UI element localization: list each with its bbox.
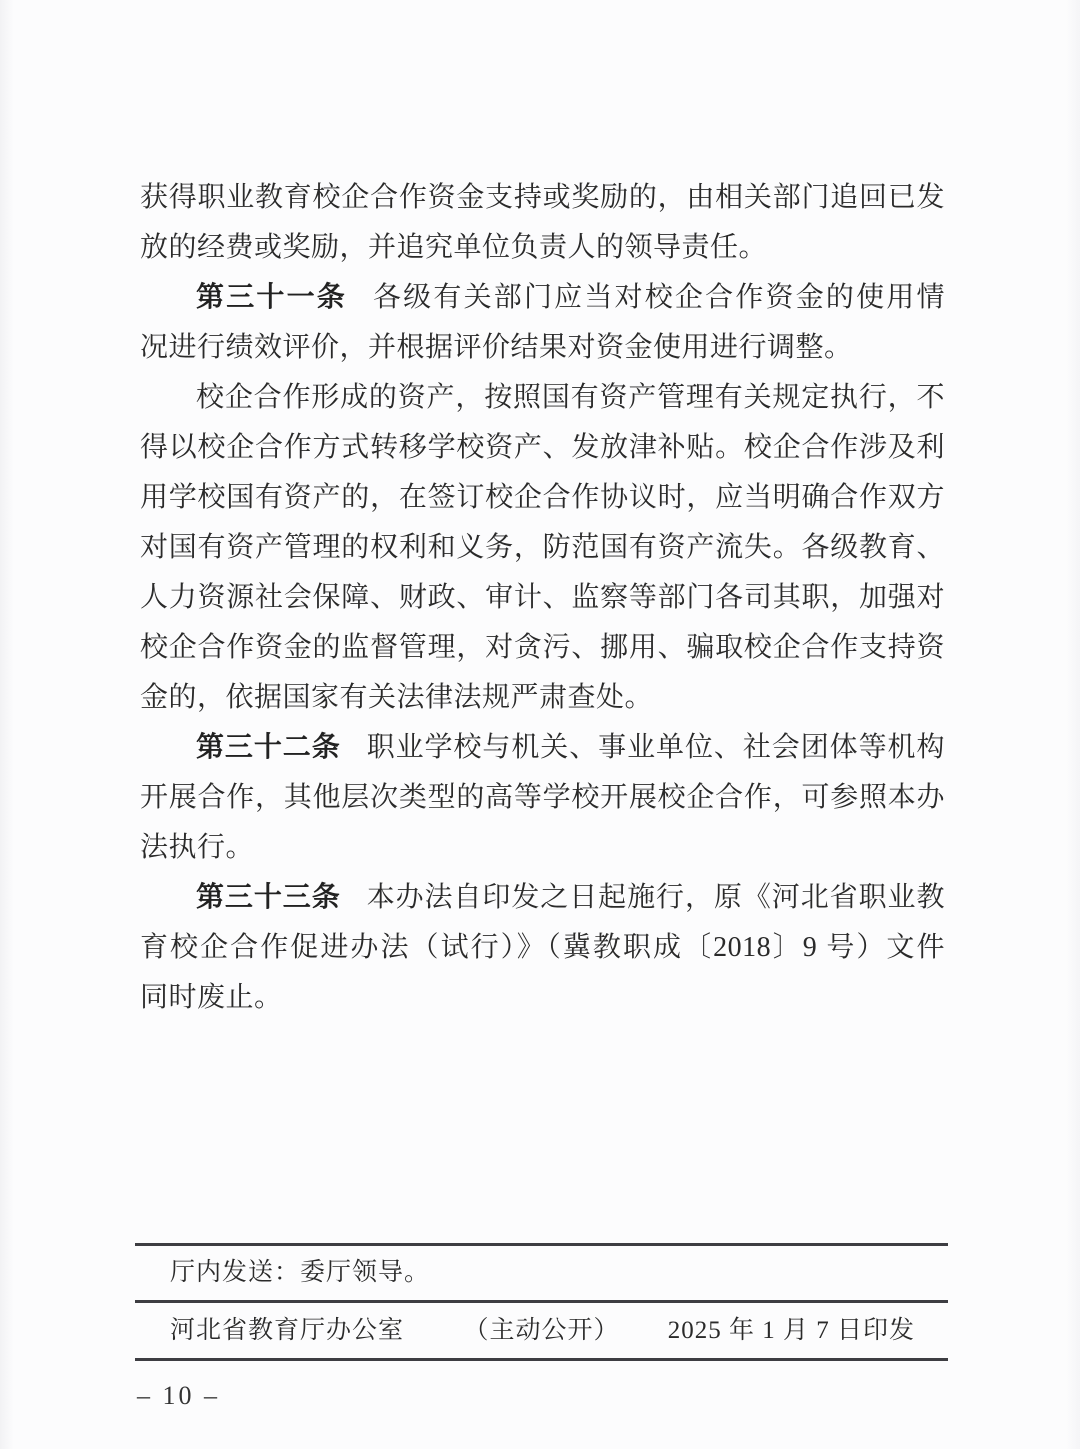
text-line: 用学校国有资产的，在签订校企合作协议时，应当明确合作双方: [140, 473, 945, 523]
text-line: 况进行绩效评价，并根据评价结果对资金使用进行调整。: [140, 323, 945, 373]
paragraph-assets: 校企合作形成的资产，按照国有资产管理有关规定执行，不 得以校企合作方式转移学校资…: [140, 373, 945, 723]
issuing-office: 河北省教育厅办公室: [170, 1303, 404, 1358]
paragraph-article-32: 第三十二条职业学校与机关、事业单位、社会团体等机构 开展合作，其他层次类型的高等…: [140, 723, 945, 873]
paragraph-continued: 获得职业教育校企合作资金支持或奖励的，由相关部门追回已发 放的经费或奖励，并追究…: [140, 173, 945, 273]
text-line: 同时废止。: [140, 973, 945, 1023]
text-line: 第三十三条本办法自印发之日起施行，原《河北省职业教: [140, 873, 945, 923]
article-33-text: 本办法自印发之日起施行，原《河北省职业教: [367, 882, 945, 913]
paragraph-article-31: 第三十一条各级有关部门应当对校企合作资金的使用情 况进行绩效评价，并根据评价结果…: [140, 273, 945, 373]
document-page: 获得职业教育校企合作资金支持或奖励的，由相关部门追回已发 放的经费或奖励，并追究…: [0, 0, 1080, 1449]
text-line: 育校企合作促进办法（试行）》（冀教职成〔2018〕9 号）文件: [140, 923, 945, 973]
text-line: 放的经费或奖励，并追究单位负责人的领导责任。: [140, 223, 945, 273]
article-32-number: 第三十二条: [196, 732, 341, 763]
text-line: 对国有资产管理的权利和义务，防范国有资产流失。各级教育、: [140, 523, 945, 573]
disclosure-type: （主动公开）: [463, 1303, 619, 1358]
article-31-text: 各级有关部门应当对校企合作资金的使用情: [373, 282, 945, 313]
text-line: 获得职业教育校企合作资金支持或奖励的，由相关部门追回已发: [140, 173, 945, 223]
issuance-row: 河北省教育厅办公室 （主动公开） 2025 年 1 月 7 日印发: [135, 1303, 948, 1358]
text-line: 金的，依据国家有关法律法规严肃查处。: [140, 673, 945, 723]
text-line: 校企合作资金的监督管理，对贪污、挪用、骗取校企合作支持资: [140, 623, 945, 673]
distribution-row: 厅内发送：委厅领导。: [135, 1246, 948, 1300]
article-33-number: 第三十三条: [196, 882, 341, 913]
text-line: 第三十一条各级有关部门应当对校企合作资金的使用情: [140, 273, 945, 323]
text-line: 开展合作，其他层次类型的高等学校开展校企合作，可参照本办: [140, 773, 945, 823]
text-line: 法执行。: [140, 823, 945, 873]
paragraph-article-33: 第三十三条本办法自印发之日起施行，原《河北省职业教 育校企合作促进办法（试行）》…: [140, 873, 945, 1023]
text-line: 人力资源社会保障、财政、审计、监察等部门各司其职，加强对: [140, 573, 945, 623]
page-number: – 10 –: [137, 1381, 220, 1411]
text-line: 校企合作形成的资产，按照国有资产管理有关规定执行，不: [140, 373, 945, 423]
distribution-label: 厅内发送：委厅领导。: [170, 1259, 430, 1286]
print-date: 2025 年 1 月 7 日印发: [668, 1303, 915, 1358]
document-body: 获得职业教育校企合作资金支持或奖励的，由相关部门追回已发 放的经费或奖励，并追究…: [140, 173, 945, 1023]
footer-divider-bottom: [135, 1358, 948, 1361]
text-line: 第三十二条职业学校与机关、事业单位、社会团体等机构: [140, 723, 945, 773]
article-31-number: 第三十一条: [196, 282, 347, 313]
document-footer: 厅内发送：委厅领导。 河北省教育厅办公室 （主动公开） 2025 年 1 月 7…: [135, 1243, 948, 1361]
text-line: 得以校企合作方式转移学校资产、发放津补贴。校企合作涉及利: [140, 423, 945, 473]
article-32-text: 职业学校与机关、事业单位、社会团体等机构: [367, 732, 945, 763]
